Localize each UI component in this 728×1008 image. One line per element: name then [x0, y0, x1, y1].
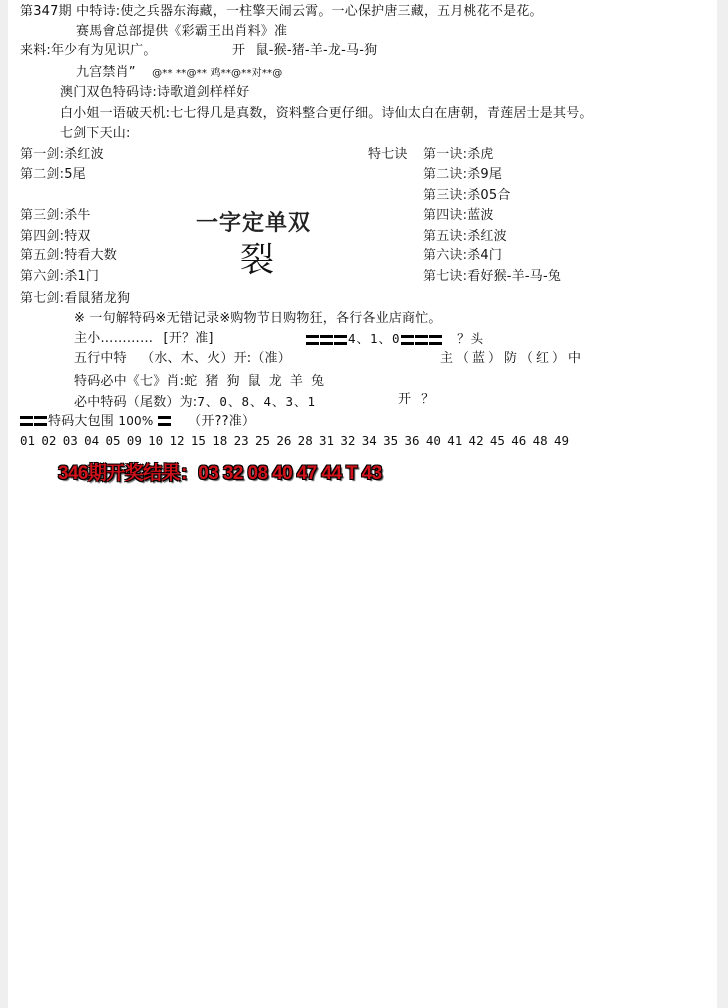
- nine-palace-label: 九宫禁肖”: [76, 65, 136, 80]
- number-list: 0102030405091012151823252628313234353640…: [20, 433, 575, 448]
- tail-value: 7、0、8、4、3、1: [197, 394, 316, 409]
- macau-poem-label: 澳门双色特码诗:: [60, 85, 157, 100]
- source-line: 来料:年少有为见识广。: [20, 42, 157, 60]
- seven-tricks-title: 特七诀: [368, 146, 408, 164]
- macau-poem-line: 澳门双色特码诗:诗歌道剑样样好: [60, 84, 249, 102]
- tail-open: 开 ？: [398, 391, 437, 409]
- miss-bai-line: 白小姐一语破天机:七七得几是真数，资料整合更仔细。诗仙太白在唐朝，青莲居士是其号…: [60, 105, 593, 123]
- source-zodiacs: 开 鼠-猴-猪-羊-龙-马-狗: [232, 42, 377, 60]
- trick-4: 第四诀:蓝波: [423, 207, 494, 225]
- open-label: 开: [232, 43, 245, 58]
- poem-text: 使之兵器东海藏，一柱擎天闹云霄。一心保护唐三藏，五月桃花不是花。: [120, 4, 542, 19]
- must-seven-label: 特码必中《七》肖:: [74, 374, 184, 389]
- zodiac-list: 鼠-猴-猪-羊-龙-马-狗: [256, 43, 378, 58]
- draw-result: 346期开奖结果：03 32 08 40 47 44 T 43: [58, 458, 382, 485]
- macau-poem-text: 诗歌道剑样样好: [157, 85, 249, 100]
- issue-label: 第347期: [20, 4, 72, 19]
- tail-label: 必中特码（尾数）为:: [74, 395, 197, 410]
- five-elements-open: 开:（准）: [234, 351, 291, 366]
- nine-palace-code: @** **@** 鸡**@**对**@: [152, 68, 282, 79]
- feature-char: 裂: [240, 232, 274, 281]
- big-range-line: 特码大包围 100% （开??准）: [20, 412, 255, 431]
- five-elements-label: 五行中特: [74, 351, 127, 366]
- sword-5: 第五剑:特看大数: [20, 247, 117, 265]
- triple-bar-icon: [306, 331, 348, 349]
- sword-3: 第三剑:杀牛: [20, 207, 91, 225]
- seven-swords-title: 七剑下天山:: [60, 125, 131, 143]
- main-small-head: ？头: [457, 331, 484, 346]
- main-small-digits-line: 4、1、0 ？头: [306, 330, 484, 349]
- main-small-line: 主小………… [开？准]: [74, 330, 214, 348]
- poem-line: 第347期 中特诗:使之兵器东海藏，一柱擎天闹云霄。一心保护唐三藏，五月桃花不是…: [20, 3, 543, 21]
- poem-label: 中特诗:: [76, 4, 120, 19]
- sword-1: 第一剑:杀红波: [20, 146, 104, 164]
- color-hint: 主（蓝）防（红）中: [440, 350, 584, 368]
- must-seven-line: 特码必中《七》肖:蛇 猪 狗 鼠 龙 羊 兔: [74, 373, 326, 391]
- main-small-digits: 4、1、0: [348, 331, 401, 346]
- main-small-status: [开？准]: [164, 331, 214, 346]
- trick-1: 第一诀:杀虎: [423, 146, 494, 164]
- nine-palace-line: 九宫禁肖” @** **@** 鸡**@**对**@: [76, 64, 282, 83]
- five-elements-value: （水、木、火）: [141, 351, 233, 366]
- sword-4: 第四剑:特双: [20, 228, 91, 246]
- big-range-status: （开??准）: [188, 414, 255, 429]
- source-label: 来料:: [20, 43, 51, 58]
- miss-bai-text: 七七得几是真数，资料整合更仔细。诗仙太白在唐朝，青莲居士是其号。: [170, 106, 592, 121]
- sword-6: 第六剑:杀1门: [20, 268, 99, 286]
- riddle-line: ※ 一句解特码※无错记录※购物节日购物狂，各行各业店商忙。: [74, 310, 442, 328]
- must-seven-value: 蛇 猪 狗 鼠 龙 羊 兔: [184, 374, 326, 389]
- provider-line: 赛馬會总部提供《彩霸王出肖料》准: [76, 23, 287, 41]
- sword-7: 第七剑:看鼠猪龙狗: [20, 290, 130, 308]
- trick-7: 第七诀:看好猴-羊-马-兔: [423, 268, 561, 286]
- triple-bar-icon: [401, 331, 443, 349]
- trick-6: 第六诀:杀4门: [423, 247, 502, 265]
- miss-bai-label: 白小姐一语破天机:: [60, 106, 170, 121]
- tail-line: 必中特码（尾数）为:7、0、8、4、3、1: [74, 393, 316, 412]
- double-bar-icon: [20, 413, 48, 431]
- big-range-label: 特码大包围: [48, 414, 114, 429]
- main-small-label: 主小…………: [74, 331, 153, 346]
- source-text: 年少有为见识广。: [51, 43, 157, 58]
- single-bar-icon: [158, 413, 172, 431]
- five-elements-line: 五行中特 （水、木、火）开:（准）: [74, 350, 291, 368]
- trick-3: 第三诀:杀05合: [423, 187, 511, 205]
- trick-2: 第二诀:杀9尾: [423, 166, 502, 184]
- big-range-percent: 100%: [118, 414, 153, 428]
- document-page: 第347期 中特诗:使之兵器东海藏，一柱擎天闹云霄。一心保护唐三藏，五月桃花不是…: [8, 0, 717, 1008]
- trick-5: 第五诀:杀红波: [423, 228, 507, 246]
- sword-2: 第二剑:5尾: [20, 166, 86, 184]
